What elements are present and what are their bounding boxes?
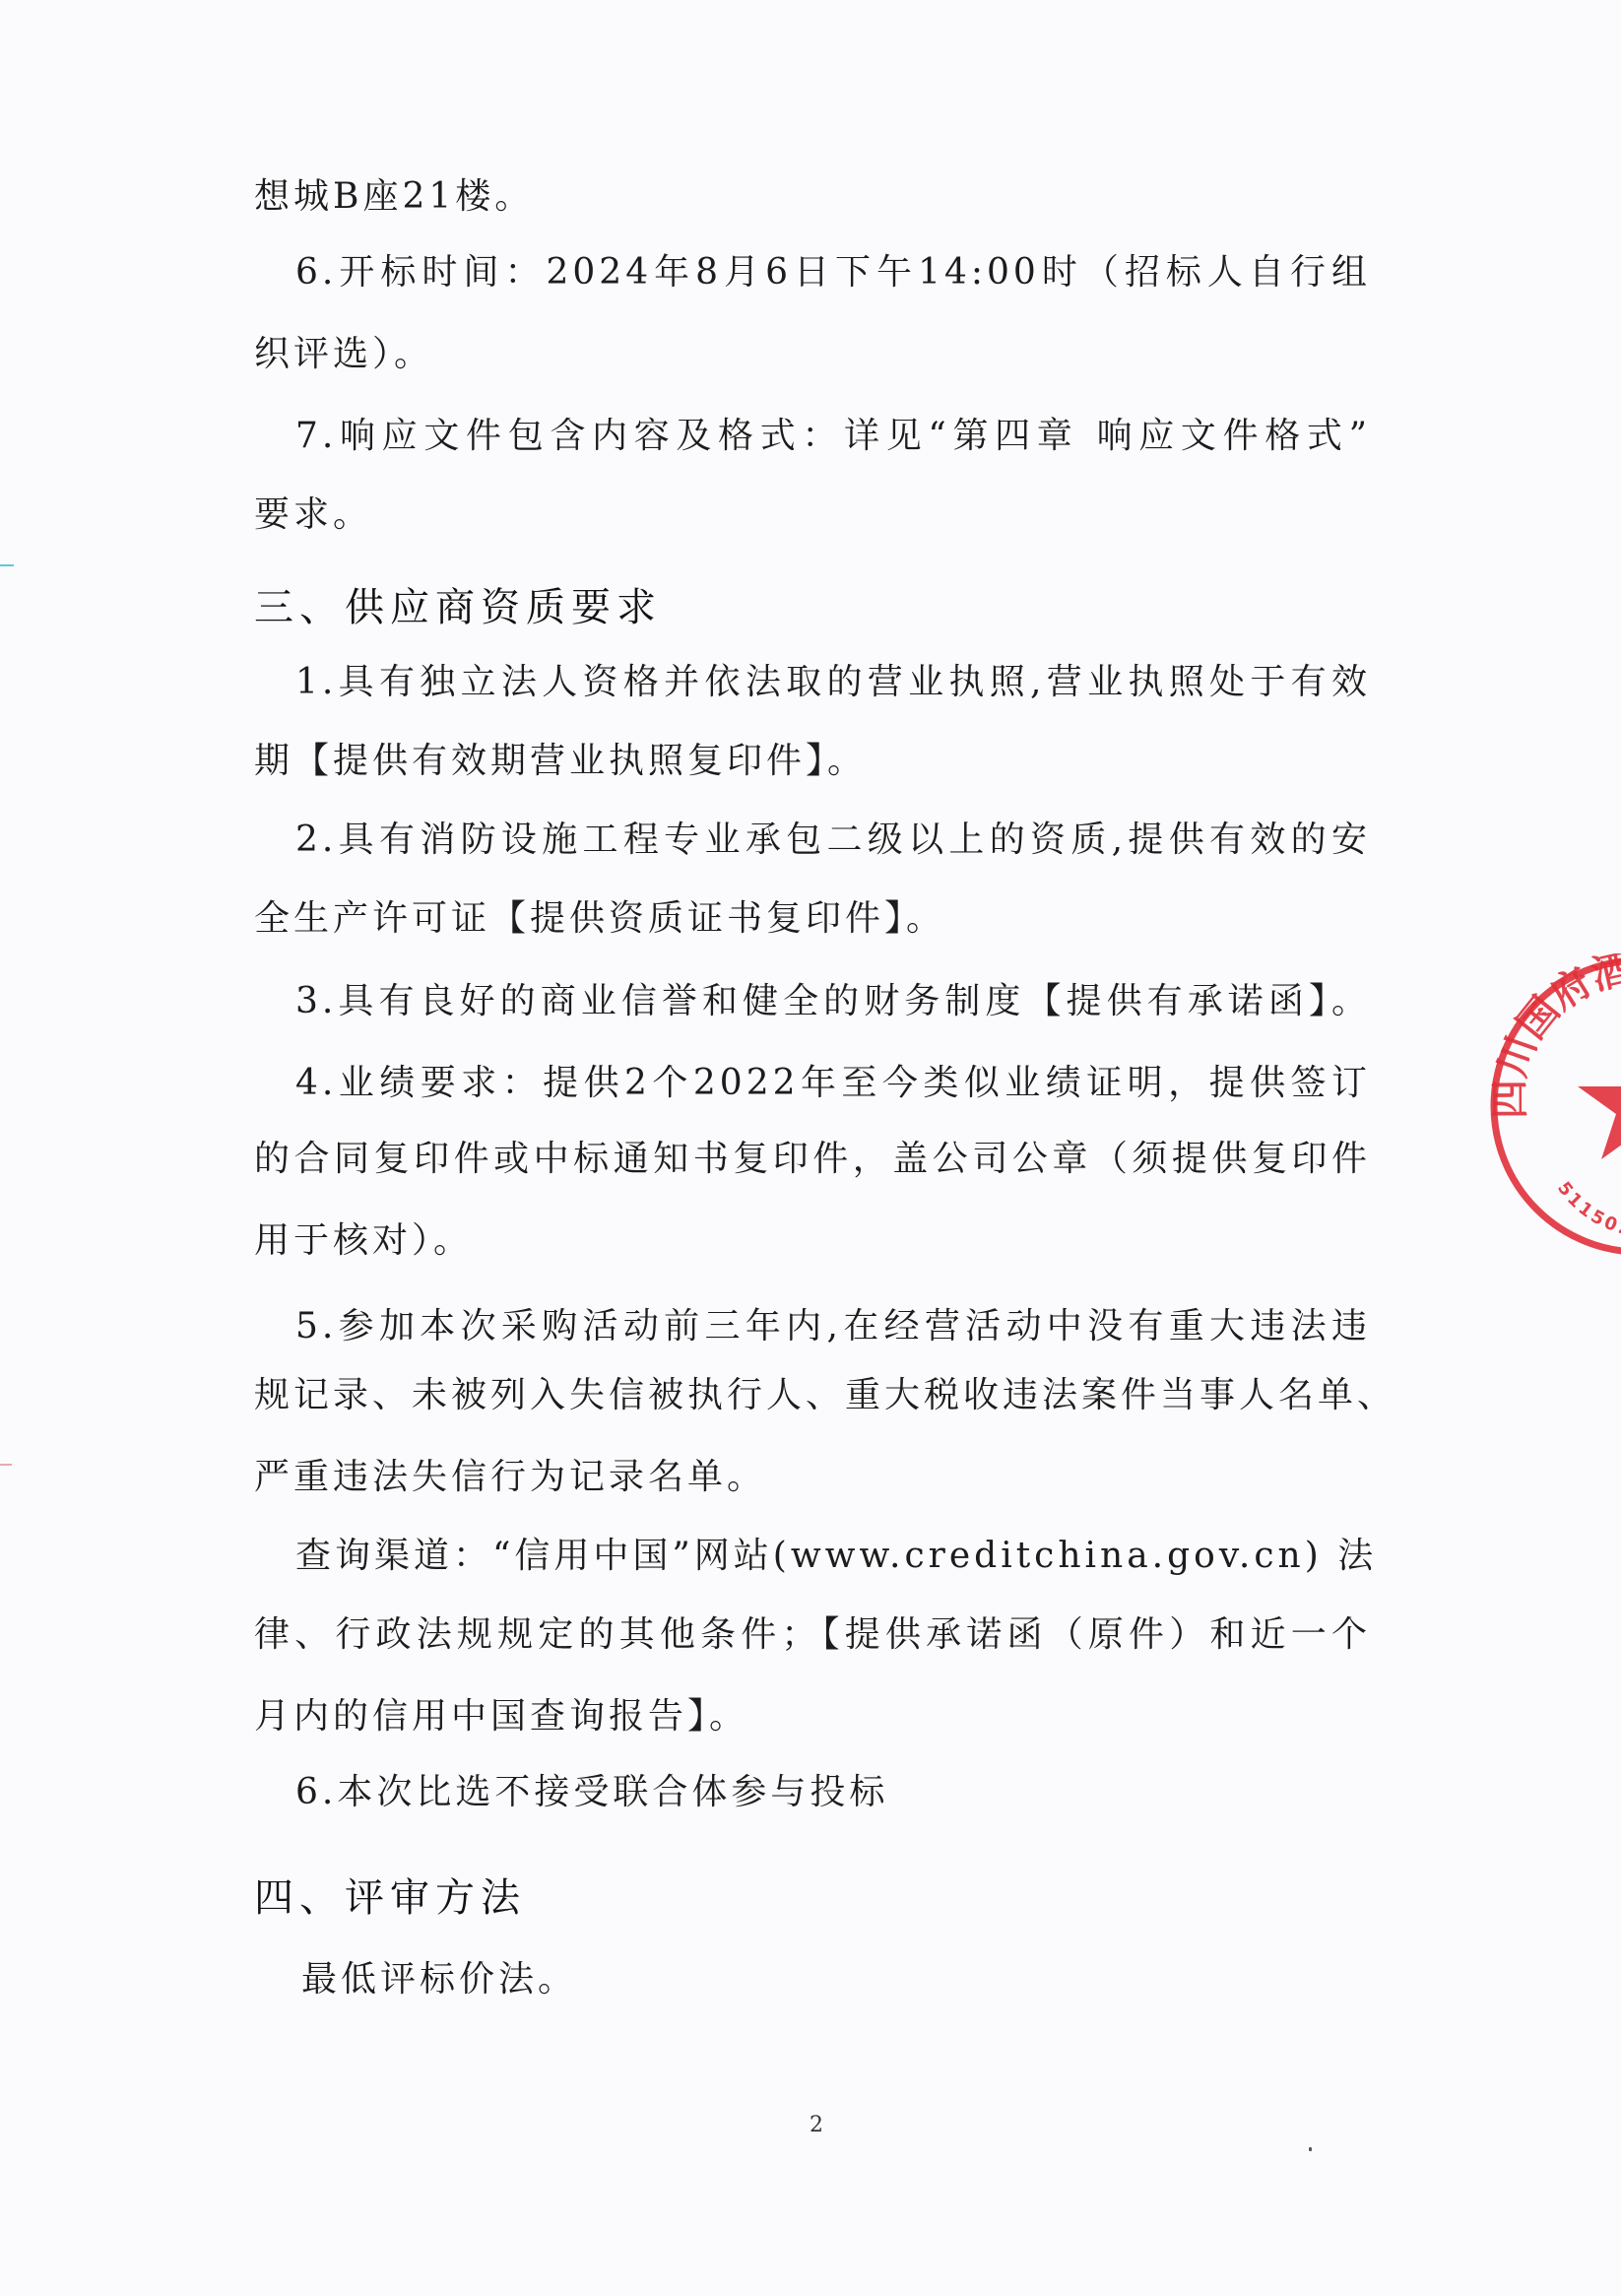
text-line: 1.具有独立法人资格并依法取的营业执照,营业执照处于有效 xyxy=(295,658,1371,707)
section-heading-supplier-qualifications: 三、供应商资质要求 xyxy=(254,581,662,634)
text-line: 2.具有消防设施工程专业承包二级以上的资质,提供有效的安 xyxy=(295,816,1371,865)
section-heading-evaluation-method: 四、评审方法 xyxy=(254,1871,526,1925)
text-line: 6.本次比选不接受联合体参与投标 xyxy=(295,1768,1371,1817)
text-line: 用于核对）。 xyxy=(254,1216,1371,1266)
text-line: 月内的信用中国查询报告】。 xyxy=(254,1692,1371,1741)
edge-mark xyxy=(0,1464,12,1466)
text-line: 最低评标价法。 xyxy=(301,1955,1371,2004)
text-line: 想城B座21楼。 xyxy=(254,172,1371,222)
text-line: 3.具有良好的商业信誉和健全的财务制度【提供有承诺函】。 xyxy=(295,977,1371,1026)
text-line: 查询渠道：“信用中国”网站(www.creditchina.gov.cn) 法 xyxy=(295,1532,1371,1581)
text-line: 期【提供有效期营业执照复印件】。 xyxy=(254,737,1371,786)
text-line: 严重违法失信行为记录名单。 xyxy=(254,1453,1371,1502)
text-line: 要求。 xyxy=(254,491,1371,540)
scan-speck xyxy=(1309,2147,1312,2151)
text-line: 的合同复印件或中标通知书复印件，盖公司公章（须提供复印件 xyxy=(254,1135,1371,1184)
company-seal-icon: 四川国府酒业有限公司 5115020 xyxy=(1487,953,1621,1259)
text-line: 4.业绩要求：提供2个2022年至今类似业绩证明，提供签订 xyxy=(295,1059,1371,1108)
text-line: 织评选）。 xyxy=(254,330,1371,379)
text-line: 6.开标时间：2024年8月6日下午14:00时（招标人自行组 xyxy=(295,248,1371,297)
text-line: 规记录、未被列入失信被执行人、重大税收违法案件当事人名单、 xyxy=(254,1371,1371,1420)
document-page: 想城B座21楼。 6.开标时间：2024年8月6日下午14:00时（招标人自行组… xyxy=(0,0,1621,2296)
page-number: 2 xyxy=(810,2113,823,2137)
edge-mark xyxy=(0,564,14,566)
text-line: 7.响应文件包含内容及格式：详见“第四章 响应文件格式” xyxy=(295,412,1371,461)
text-line: 5.参加本次采购活动前三年内,在经营活动中没有重大违法违 xyxy=(295,1302,1371,1351)
text-line: 律、行政法规规定的其他条件；【提供承诺函（原件）和近一个 xyxy=(254,1610,1371,1660)
text-line: 全生产许可证【提供资质证书复印件】。 xyxy=(254,894,1371,944)
